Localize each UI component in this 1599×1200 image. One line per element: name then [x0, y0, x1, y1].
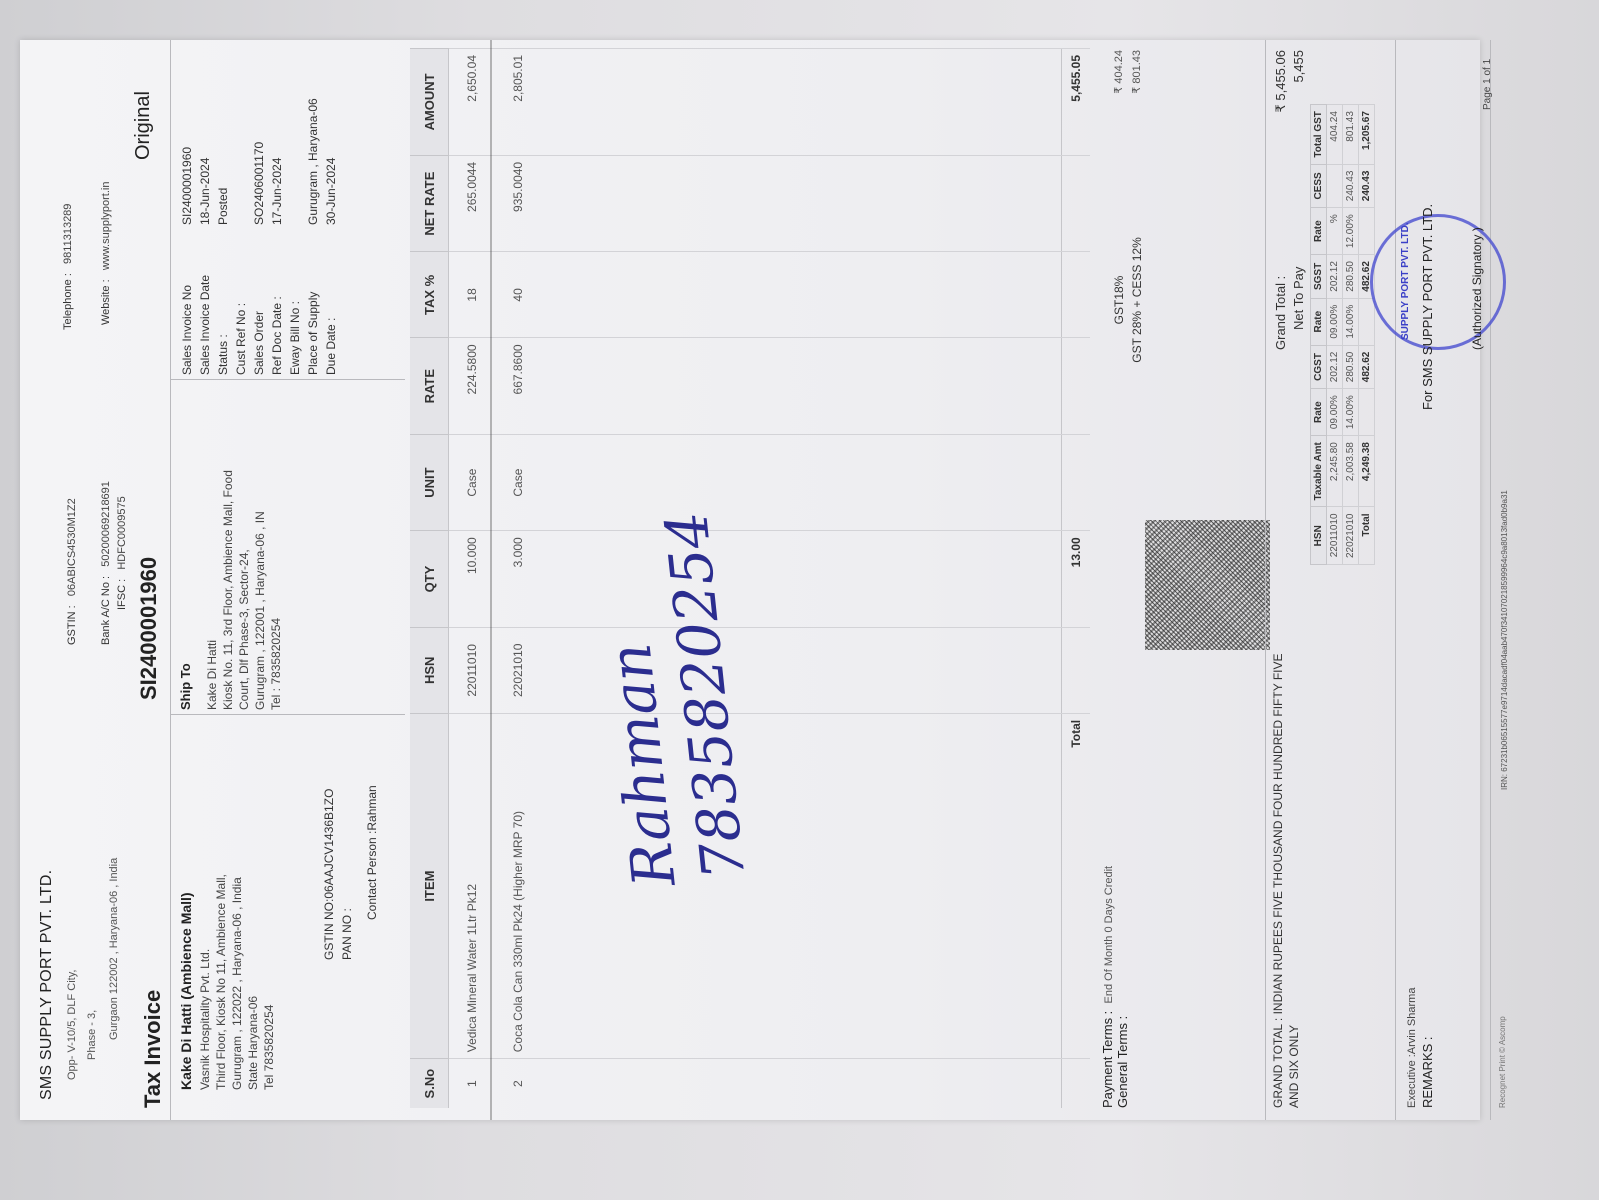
- table-cell: 2,805.01: [495, 49, 541, 156]
- hsn-cell: 09.00%: [1327, 389, 1343, 436]
- hsn-cell: %: [1327, 208, 1343, 255]
- table-cell: 1: [449, 1059, 496, 1108]
- hsn-cell: 280.50: [1343, 255, 1359, 299]
- col-amount: AMOUNT: [410, 49, 449, 156]
- tax-summary-value: ₹ 801.43: [1128, 50, 1146, 160]
- col-net-rate: NET RATE: [410, 155, 449, 251]
- hsn-cell: 2,003.58: [1343, 436, 1359, 507]
- hsn-cell: 14.00%: [1343, 298, 1359, 345]
- meta-label: Sales Order: [250, 225, 268, 375]
- col-qty: QTY: [410, 531, 449, 627]
- table-cell: Coca Cola Can 330ml Pk24 (Higher MRP 70): [495, 713, 541, 1058]
- table-cell: 18: [449, 252, 496, 338]
- ship-to-line: Kake Di Hatti: [204, 380, 220, 710]
- payment-terms-label: Payment Terms :: [1100, 1011, 1115, 1108]
- website-label: Website :: [100, 279, 112, 325]
- for-company: For SMS SUPPLY PORT PVT. LTD.: [1420, 204, 1435, 410]
- hsn-cell: 22021010: [1343, 507, 1359, 565]
- net-to-pay-value: 5,455: [1290, 50, 1308, 160]
- table-cell: 935.0040: [495, 155, 541, 251]
- meta-row: Place of Supply Gurugram , Haryana-06: [304, 45, 322, 375]
- meta-label: Sales Invoice No: [178, 225, 196, 375]
- table-row: 1Vedica Mineral Water 1Ltr Pk12220110101…: [449, 49, 496, 1109]
- divider: [1490, 40, 1491, 1120]
- meta-value: SI2400001960: [178, 45, 196, 225]
- hsn-cell: 404.24: [1327, 105, 1343, 164]
- executive-block: Executive :Arvin Sharma REMARKS :: [1405, 988, 1435, 1108]
- invoice-meta: Sales Invoice No SI2400001960Sales Invoi…: [178, 45, 340, 375]
- hsn-tax-table: HSNTaxable AmtRateCGSTRateSGSTRateCESSTo…: [1310, 104, 1375, 565]
- hsn-total-row: Total4,249.38482.62482.62240.431,205.67: [1359, 105, 1375, 565]
- table-cell: Vedica Mineral Water 1Ltr Pk12: [449, 713, 496, 1058]
- total-amount: 5,455.05: [1062, 49, 1091, 156]
- meta-label: Place of Supply: [304, 225, 322, 375]
- gstin-row: GSTIN : 06ABICS4530M1Z2: [66, 498, 78, 645]
- hsn-cell: 22011010: [1327, 507, 1343, 565]
- hsn-cell: 202.12: [1327, 345, 1343, 389]
- total-label: Total: [1062, 713, 1091, 1058]
- divider: [170, 714, 405, 715]
- ship-to-line: Gurugram , 122001 , Haryana-06 , IN: [252, 380, 268, 710]
- company-stamp: [1370, 214, 1506, 350]
- meta-label: Due Date :: [322, 225, 340, 375]
- meta-value: 18-Jun-2024: [196, 45, 214, 225]
- meta-label: Cust Ref No :: [232, 225, 250, 375]
- bill-to-tax-ids: GSTIN NO:06AAJCV1436B1ZO PAN NO :: [320, 789, 356, 960]
- col-hsn: HSN: [410, 627, 449, 713]
- executive-name: Executive :Arvin Sharma: [1405, 988, 1420, 1108]
- col-rate: RATE: [410, 338, 449, 434]
- table-cell: 265.0044: [449, 155, 496, 251]
- hsn-col-header: Total GST: [1311, 105, 1327, 164]
- hsn-row: 220210102,003.5814.00%280.5014.00%280.50…: [1343, 105, 1359, 565]
- irn-number: IRN: 67231b06515577e9714dacadf04aab470f3…: [1500, 490, 1509, 790]
- table-cell: Case: [495, 434, 541, 530]
- table-row: 2Coca Cola Can 330ml Pk24 (Higher MRP 70…: [495, 49, 541, 1109]
- meta-row: Due Date : 30-Jun-2024: [322, 45, 340, 375]
- hsn-total-cell: Total: [1359, 507, 1375, 565]
- hsn-col-header: Taxable Amt: [1311, 436, 1327, 507]
- bank-value: 50200069218691: [100, 481, 112, 567]
- col-tax: TAX %: [410, 252, 449, 338]
- telephone-label: Telephone :: [62, 273, 74, 330]
- tax-summary-values: ₹ 404.24 ₹ 801.43: [1110, 50, 1146, 160]
- hsn-cell: 12.00%: [1343, 208, 1359, 255]
- hsn-col-header: HSN: [1311, 507, 1327, 565]
- bill-to-line: Vasnik Hospitality Pvt. Ltd.: [197, 720, 213, 1090]
- terms-block: Payment Terms : End Of Month 0 Days Cred…: [1100, 866, 1130, 1108]
- hsn-col-header: CESS: [1311, 164, 1327, 208]
- hsn-total-cell: 240.43: [1359, 164, 1375, 208]
- col-item: ITEM: [410, 713, 449, 1058]
- divider: [1265, 40, 1266, 1120]
- meta-row: Sales Invoice No SI2400001960: [178, 45, 196, 375]
- qr-code: [1145, 520, 1270, 650]
- meta-row: Sales Invoice Date 18-Jun-2024: [196, 45, 214, 375]
- meta-row: Status : Posted: [214, 45, 232, 375]
- hsn-total-cell: 1,205.67: [1359, 105, 1375, 164]
- meta-label: Ref Doc Date :: [268, 225, 286, 375]
- invoice-page: SMS SUPPLY PORT PVT. LTD. Opp- V-10/5, D…: [20, 40, 1480, 1120]
- meta-row: Sales Order SO2406001170: [250, 45, 268, 375]
- meta-value: Posted: [214, 45, 232, 225]
- hsn-cell: 14.00%: [1343, 389, 1359, 436]
- grand-total-values: ₹ 5,455.06 5,455: [1272, 50, 1308, 160]
- gstin-value: 06ABICS4530M1Z2: [66, 498, 78, 596]
- divider: [170, 40, 171, 1120]
- meta-label: Status :: [214, 225, 232, 375]
- meta-value: 30-Jun-2024: [322, 45, 340, 225]
- items-total-row: Total 13.00 5,455.05: [1062, 49, 1091, 1109]
- hsn-total-cell: 4,249.38: [1359, 436, 1375, 507]
- meta-row: Cust Ref No :: [232, 45, 250, 375]
- website-link[interactable]: www.supplyport.in: [100, 182, 112, 271]
- meta-label: Sales Invoice Date: [196, 225, 214, 375]
- meta-value: Gurugram , Haryana-06: [304, 45, 322, 225]
- table-cell: 2,650.04: [449, 49, 496, 156]
- telephone-row: Telephone : 9811313289: [62, 204, 74, 330]
- meta-value: SO2406001170: [250, 45, 268, 225]
- amount-in-words: GRAND TOTAL : INDIAN RUPEES FIVE THOUSAN…: [1270, 638, 1302, 1108]
- ship-to-line: Kiosk No. 11, 3rd Floor, Ambience Mall, …: [220, 380, 236, 710]
- table-cell: 22011010: [449, 627, 496, 713]
- tax-summary-label: GST18%: [1110, 170, 1128, 430]
- company-address-line2: Phase - 3,: [86, 1010, 98, 1060]
- hsn-total-cell: [1359, 208, 1375, 255]
- ifsc-label: IFSC :: [116, 579, 128, 610]
- tax-summary-value: ₹ 404.24: [1110, 50, 1128, 160]
- items-table: S.No ITEM HSN QTY UNIT RATE TAX % NET RA…: [410, 48, 1090, 1108]
- net-to-pay-label: Net To Pay: [1290, 267, 1308, 350]
- remarks-label: REMARKS :: [1420, 988, 1435, 1108]
- meta-row: Ref Doc Date : 17-Jun-2024: [268, 45, 286, 375]
- hsn-cell: 09.00%: [1327, 298, 1343, 345]
- contact-person: Contact Person :Rahman: [365, 785, 379, 920]
- table-cell: 667.8600: [495, 338, 541, 434]
- page-number: Page 1 of 1: [1482, 59, 1493, 110]
- table-cell: Case: [449, 434, 496, 530]
- stamp-text: SUPPLY PORT PVT. LTD.: [1400, 222, 1411, 340]
- paper-crease: [490, 40, 492, 1120]
- hsn-col-header: CGST: [1311, 345, 1327, 389]
- total-qty: 13.00: [1062, 531, 1091, 627]
- bank-label: Bank A/C No :: [100, 576, 112, 645]
- hsn-cell: [1327, 164, 1343, 208]
- ship-to-heading: Ship To: [178, 380, 194, 710]
- bill-to-pan: PAN NO :: [338, 789, 356, 960]
- hsn-cell: 2,245.80: [1327, 436, 1343, 507]
- hsn-cell: 202.12: [1327, 255, 1343, 299]
- ship-to-block: Ship To Kake Di Hatti Kiosk No. 11, 3rd …: [178, 380, 284, 710]
- hsn-col-header: Rate: [1311, 208, 1327, 255]
- hsn-col-header: SGST: [1311, 255, 1327, 299]
- company-name: SMS SUPPLY PORT PVT. LTD.: [38, 870, 56, 1100]
- table-cell: 22021010: [495, 627, 541, 713]
- copy-label: Original: [132, 91, 155, 160]
- table-cell: 2: [495, 1059, 541, 1108]
- print-credit: Recognet Print © Ascomp: [1498, 1016, 1507, 1108]
- bill-to-name: Kake Di Hatti (Ambience Mall): [178, 720, 194, 1090]
- tax-summary-label: GST 28% + CESS 12%: [1128, 170, 1146, 430]
- hsn-total-cell: [1359, 389, 1375, 436]
- invoice-number-heading: SI2400001960: [136, 557, 162, 700]
- bill-to-line: State Haryana-06: [245, 720, 261, 1090]
- table-cell: 224.5800: [449, 338, 496, 434]
- meta-value: [232, 45, 250, 225]
- table-cell: 3.000: [495, 531, 541, 627]
- authorized-signatory: (Authorized Signatory ): [1470, 227, 1484, 350]
- ship-to-line: Tel : 7835820254: [268, 380, 284, 710]
- table-cell: 10.000: [449, 531, 496, 627]
- meta-value: [286, 45, 304, 225]
- ifsc-row: IFSC : HDFC0009575: [116, 496, 128, 610]
- bill-to-line: Gurugram , 122022 , Haryana-06 , India: [229, 720, 245, 1090]
- company-address-line1: Opp- V-10/5, DLF City,: [66, 970, 78, 1080]
- bill-to-block: Kake Di Hatti (Ambience Mall) Vasnik Hos…: [178, 720, 277, 1090]
- grand-total-labels: Grand Total : Net To Pay: [1272, 267, 1308, 350]
- col-sno: S.No: [410, 1059, 449, 1108]
- hsn-total-cell: [1359, 298, 1375, 345]
- document-title: Tax Invoice: [140, 990, 166, 1108]
- hsn-row: 220110102,245.8009.00%202.1209.00%202.12…: [1327, 105, 1343, 565]
- bill-to-line: Tel 7835820254: [261, 720, 277, 1090]
- hsn-cell: 280.50: [1343, 345, 1359, 389]
- bill-to-gstin: GSTIN NO:06AAJCV1436B1ZO: [320, 789, 338, 960]
- grand-total-label: Grand Total :: [1272, 267, 1290, 350]
- tax-summary: GST18% GST 28% + CESS 12%: [1110, 170, 1146, 430]
- items-header-row: S.No ITEM HSN QTY UNIT RATE TAX % NET RA…: [410, 49, 449, 1109]
- hsn-total-cell: 482.62: [1359, 345, 1375, 389]
- grand-total-value: ₹ 5,455.06: [1272, 50, 1290, 160]
- meta-label: Eway Bill No :: [286, 225, 304, 375]
- payment-terms-value: End Of Month 0 Days Credit: [1103, 866, 1115, 1004]
- telephone-value: 9811313289: [62, 204, 74, 264]
- hsn-col-header: Rate: [1311, 389, 1327, 436]
- ifsc-value: HDFC0009575: [116, 496, 128, 569]
- hsn-col-header: Rate: [1311, 298, 1327, 345]
- hsn-cell: 801.43: [1343, 105, 1359, 164]
- website-row: Website : www.supplyport.in: [100, 182, 112, 325]
- col-unit: UNIT: [410, 434, 449, 530]
- bank-row: Bank A/C No : 50200069218691: [100, 481, 112, 645]
- company-address-line3: Gurgaon 122002 , Haryana-06 , India: [108, 858, 120, 1040]
- bill-to-line: Third Floor, Kiosk No 11, Ambience Mall,: [213, 720, 229, 1090]
- gstin-label: GSTIN :: [66, 605, 78, 645]
- table-cell: 40: [495, 252, 541, 338]
- divider: [1395, 40, 1396, 1120]
- meta-row: Eway Bill No :: [286, 45, 304, 375]
- general-terms-label: General Terms :: [1115, 866, 1130, 1108]
- meta-value: 17-Jun-2024: [268, 45, 286, 225]
- ship-to-line: Court, Dlf Phase-3, Sector-24,: [236, 380, 252, 710]
- hsn-cell: 240.43: [1343, 164, 1359, 208]
